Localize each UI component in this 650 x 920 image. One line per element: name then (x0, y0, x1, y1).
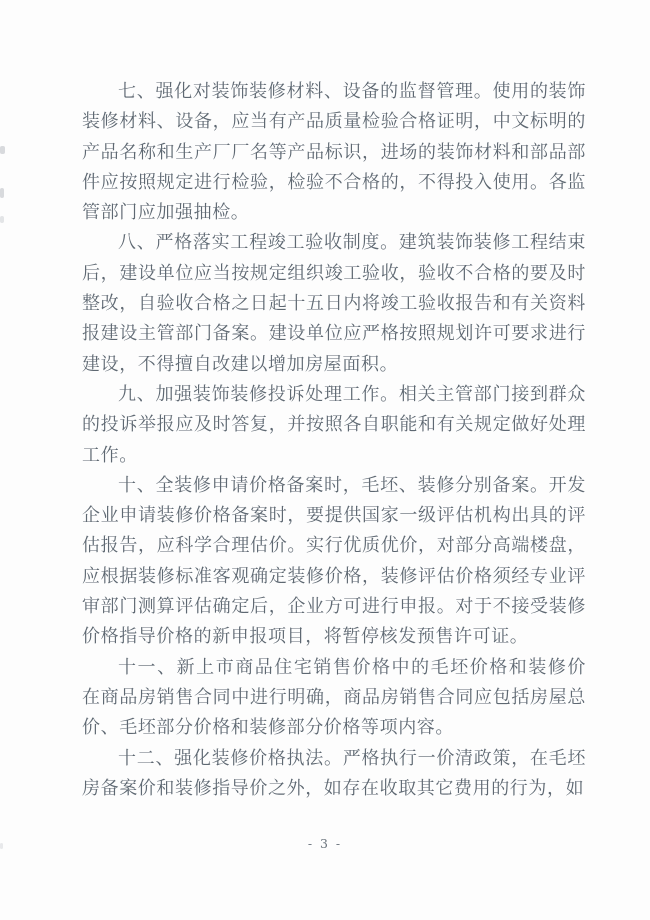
text-line: 件应按照规定进行检验，检验不合格的，不得投入使用。各监 (82, 168, 586, 198)
document-body-text: 七、强化对装饰装修材料、设备的监督管理。使用的装饰 装修材料、设备，应当有产品质… (82, 77, 586, 804)
scanned-document-page: 七、强化对装饰装修材料、设备的监督管理。使用的装饰 装修材料、设备，应当有产品质… (0, 0, 650, 920)
text-line: 十二、强化装修价格执法。严格执行一价清政策，在毛坯 (82, 744, 586, 774)
text-line: 八、严格落实工程竣工验收制度。建筑装饰装修工程结束 (82, 228, 586, 258)
text-line: 后，建设单位应当按规定组织竣工验收，验收不合格的要及时 (82, 259, 586, 289)
text-line: 十一、新上市商品住宅销售价格中的毛坯价格和装修价格， (82, 653, 586, 683)
text-line: 审部门测算评估确定后，企业方可进行申报。对于不接受装修 (82, 592, 586, 622)
text-line: 装修材料、设备，应当有产品质量检验合格证明，中文标明的 (82, 107, 586, 137)
text-line: 价格指导价格的新申报项目，将暂停核发预售许可证。 (82, 622, 586, 652)
text-line: 十、全装修申请价格备案时，毛坯、装修分别备案。开发 (82, 471, 586, 501)
text-line: 企业申请装修价格备案时，要提供国家一级评估机构出具的评 (82, 501, 586, 531)
text-line: 应根据装修标准客观确定装修价格，装修评估价格须经专业评 (82, 562, 586, 592)
text-line: 报建设主管部门备案。建设单位应严格按照规划许可要求进行 (82, 319, 586, 349)
text-line: 估报告，应科学合理估价。实行优质优价，对部分高端楼盘， (82, 531, 586, 561)
page-number: - 3 - (0, 836, 650, 851)
scan-artifact (0, 188, 4, 198)
text-line: 建设，不得擅自改建以增加房屋面积。 (82, 350, 586, 380)
text-line: 工作。 (82, 441, 586, 471)
scan-artifact (0, 146, 5, 154)
text-line: 房备案价和装修指导价之外，如存在收取其它费用的行为，如 (82, 774, 586, 804)
text-line: 的投诉举报应及时答复，并按照各自职能和有关规定做好处理 (82, 410, 586, 440)
scan-artifact (0, 843, 3, 849)
text-line: 管部门应加强抽检。 (82, 198, 586, 228)
text-line: 七、强化对装饰装修材料、设备的监督管理。使用的装饰 (82, 77, 586, 107)
text-line: 在商品房销售合同中进行明确，商品房销售合同应包括房屋总 (82, 683, 586, 713)
text-line: 九、加强装饰装修投诉处理工作。相关主管部门接到群众 (82, 380, 586, 410)
text-line: 价、毛坯部分价格和装修部分价格等项内容。 (82, 713, 586, 743)
text-line: 整改，自验收合格之日起十五日内将竣工验收报告和有关资料 (82, 289, 586, 319)
scan-artifact (0, 216, 4, 223)
text-line: 产品名称和生产厂厂名等产品标识，进场的装饰材料和部品部 (82, 138, 586, 168)
